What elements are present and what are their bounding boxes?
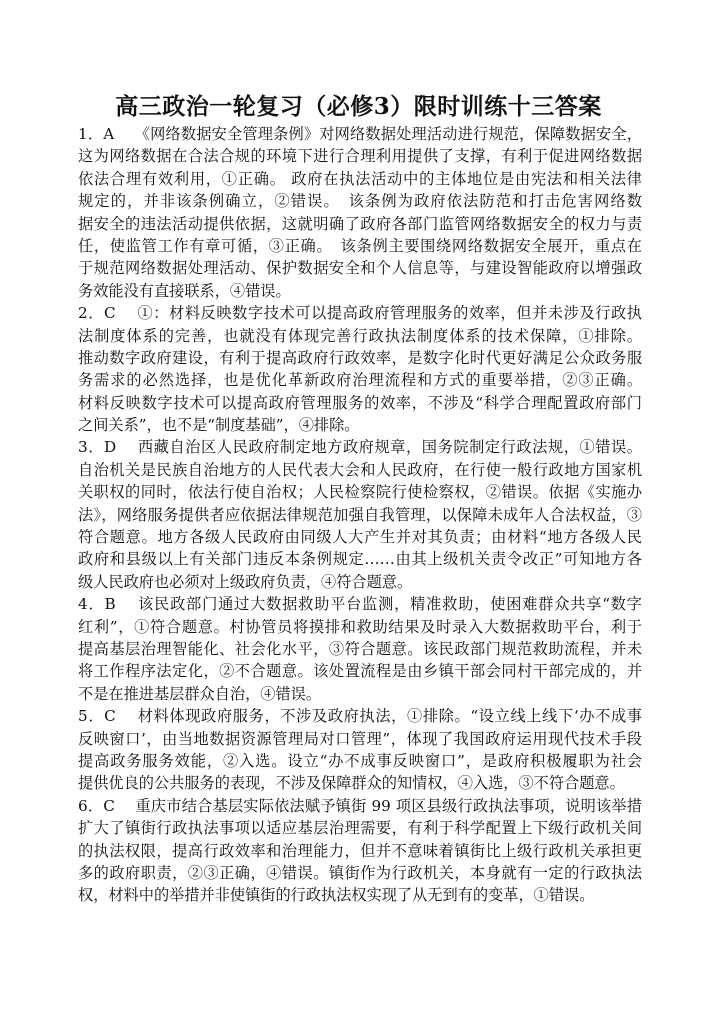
- answer-text-line: 政府和县级以上有关部门违反本条例规定……由其上级机关责令改正”可知地方各: [78, 548, 642, 570]
- answer-text-line: 5．C 材料体现政府服务，不涉及政府执法，①排除。“设立线上线下‘办不成事: [78, 705, 642, 727]
- answer-text-line: 权，材料中的举措并非使镇街的行政执法权实现了从无到有的变革，①错误。: [78, 884, 642, 906]
- answer-text-line: 任，使监管工作有章可循，③正确。 该条例主要围绕网络数据安全展开，重点在: [78, 235, 642, 257]
- answer-text-line: 反映窗口’，由当地数据资源管理局对口管理”，体现了我国政府运用现代技术手段: [78, 728, 642, 750]
- answer-text-line: 红利”，①符合题意。村协管员将摸排和救助结果及时录入大数据救助平台，利于: [78, 616, 642, 638]
- answer-text-line: 这为网络数据在合法合规的环境下进行合理利用提供了支撑，有利于促进网络数据: [78, 145, 642, 167]
- answer-text-line: 法制度体系的完善，也就没有体现完善行政执法制度体系的技术保障，①排除。: [78, 325, 642, 347]
- answer-item-6: 6．C 重庆市结合基层实际依法赋予镇街 99 项区县级行政执法事项，说明该举措扩…: [78, 795, 642, 907]
- answer-text-line: 依法合理有效利用，①正确。 政府在执法活动中的主体地位是由宪法和相关法律: [78, 168, 642, 190]
- answer-text-line: 规定的，并非该条例确立，②错误。 该条例为政府依法防范和打击危害网络数: [78, 190, 642, 212]
- answer-text-line: 2．C ①：材料反映数字技术可以提高政府管理服务的效率，但并未涉及行政执: [78, 302, 642, 324]
- answer-item-2: 2．C ①：材料反映数字技术可以提高政府管理服务的效率，但并未涉及行政执法制度体…: [78, 302, 642, 436]
- answer-text-line: 法》，网络服务提供者应依据法律规范加强自我管理，以保障未成年人合法权益，③: [78, 504, 642, 526]
- answer-text-line: 提高政务服务效能，②入选。设立“办不成事反映窗口”，是政府积极履职为社会: [78, 750, 642, 772]
- answer-text-line: 务需求的必然选择，也是优化革新政府治理流程和方式的重要举措，②③正确。: [78, 369, 642, 391]
- answer-text-line: 自治机关是民族自治地方的人民代表大会和人民政府，在行使一般行政地方国家机: [78, 459, 642, 481]
- answer-text-line: 1．A 《网络数据安全管理条例》对网络数据处理活动进行规范，保障数据安全，: [78, 123, 642, 145]
- answer-text-line: 关职权的同时，依法行使自治权；人民检察院行使检察权，②错误。依据《实施办: [78, 481, 642, 503]
- answer-text-line: 提高基层治理智能化、社会化水平，③符合题意。该民政部门规范救助流程，并未: [78, 638, 642, 660]
- answer-text-line: 据安全的违法活动提供依据，这就明确了政府各部门监管网络数据安全的权力与责: [78, 213, 642, 235]
- page-title: 高三政治一轮复习（必修3）限时训练十三答案: [0, 88, 717, 121]
- answer-text-line: 之间关系”，也不是“制度基础”，④排除。: [78, 414, 642, 436]
- answer-text-line: 扩大了镇街行政执法事项以适应基层治理需要，有利于科学配置上下级行政机关间: [78, 817, 642, 839]
- answer-text-line: 于规范网络数据处理活动、保护数据安全和个人信息等，与建设智能政府以增强政: [78, 257, 642, 279]
- answer-item-1: 1．A 《网络数据安全管理条例》对网络数据处理活动进行规范，保障数据安全，这为网…: [78, 123, 642, 302]
- answer-text-line: 6．C 重庆市结合基层实际依法赋予镇街 99 项区县级行政执法事项，说明该举措: [78, 795, 642, 817]
- answer-text-line: 推动数字政府建设，有利于提高政府行政效率，是数字化时代更好满足公众政务服: [78, 347, 642, 369]
- answer-text-line: 务效能没有直接联系，④错误。: [78, 280, 642, 302]
- answer-item-5: 5．C 材料体现政府服务，不涉及政府执法，①排除。“设立线上线下‘办不成事反映窗…: [78, 705, 642, 795]
- answer-text-line: 级人民政府也必须对上级政府负责，④符合题意。: [78, 571, 642, 593]
- answer-text-line: 将工作程序法定化，②不合题意。该处置流程是由乡镇干部会同村干部完成的，并: [78, 660, 642, 682]
- answer-item-4: 4．B 该民政部门通过大数据救助平台监测，精准救助，使困难群众共享“数字红利”，…: [78, 593, 642, 705]
- answer-text-line: 多的政府职责，②③正确，④错误。镇街作为行政机关，本身就有一定的行政执法: [78, 862, 642, 884]
- answer-text-line: 提供优良的公共服务的表现，不涉及保障群众的知情权，④入选，③不符合题意。: [78, 772, 642, 794]
- answer-text-line: 材料反映数字技术可以提高政府管理服务的效率，不涉及“科学合理配置政府部门: [78, 392, 642, 414]
- answer-item-3: 3．D 西藏自治区人民政府制定地方政府规章，国务院制定行政法规，①错误。自治机关…: [78, 436, 642, 593]
- answer-text-line: 符合题意。地方各级人民政府由同级人大产生并对其负责；由材料“地方各级人民: [78, 526, 642, 548]
- answer-text-line: 不是在推进基层群众自治，④错误。: [78, 683, 642, 705]
- answer-list: 1．A 《网络数据安全管理条例》对网络数据处理活动进行规范，保障数据安全，这为网…: [78, 123, 642, 907]
- answer-text-line: 4．B 该民政部门通过大数据救助平台监测，精准救助，使困难群众共享“数字: [78, 593, 642, 615]
- answer-text-line: 3．D 西藏自治区人民政府制定地方政府规章，国务院制定行政法规，①错误。: [78, 436, 642, 458]
- answer-text-line: 的执法权限，提高行政效率和治理能力，但并不意味着镇街比上级行政机关承担更: [78, 840, 642, 862]
